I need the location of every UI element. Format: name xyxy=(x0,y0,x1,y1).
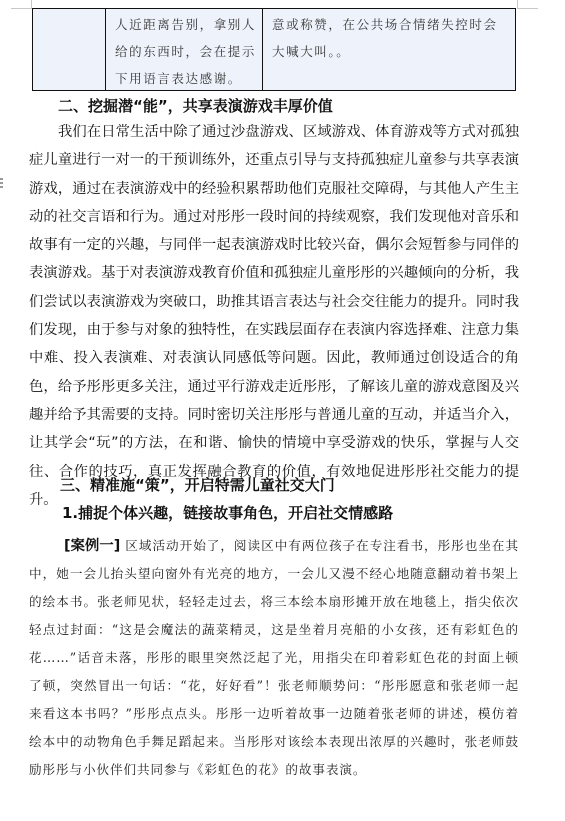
page-corner-mark-right-horizontal xyxy=(517,8,538,9)
section-2-body: 我们在日常生活中除了通过沙盘游戏、区域游戏、体育游戏等方式对孤独症儿童进行一对一… xyxy=(29,118,519,514)
observation-table: 人近距离告别，拿别人给的东西时，会在提示下用语言表达感谢。 意或称赞，在公共场合… xyxy=(32,8,516,91)
table-cell-after: 意或称赞，在公共场合情绪失控时会大喊大叫。。 xyxy=(263,9,515,90)
table-cell-before: 人近距离告别，拿别人给的东西时，会在提示下用语言表达感谢。 xyxy=(106,9,263,90)
case-study-1: [案例一] 区域活动开始了，阅读区中有两位孩子在专注看书，彤彤也坐在其中，她一会… xyxy=(29,532,519,784)
left-margin-drag-handle[interactable] xyxy=(0,178,3,190)
page-corner-mark-left-horizontal xyxy=(11,8,32,9)
table-cell-label xyxy=(33,9,106,90)
body-paragraph: 我们在日常生活中除了通过沙盘游戏、区域游戏、体育游戏等方式对孤独症儿童进行一对一… xyxy=(29,118,519,514)
case-label: [案例一] xyxy=(64,538,120,554)
section-heading-3: 三、精准施“策”，开启特需儿童社交大门 xyxy=(60,474,335,495)
subsection-heading-1: 1.捕捉个体兴趣，链接故事角色，开启社交情感路 xyxy=(62,502,393,523)
case-text: 区域活动开始了，阅读区中有两位孩子在专注看书，彤彤也坐在其中，她一会儿抬头望向窗… xyxy=(29,538,519,777)
case-paragraph: [案例一] 区域活动开始了，阅读区中有两位孩子在专注看书，彤彤也坐在其中，她一会… xyxy=(29,532,519,784)
section-heading-2: 二、挖掘潜“能”，共享表演游戏丰厚价值 xyxy=(58,95,333,116)
